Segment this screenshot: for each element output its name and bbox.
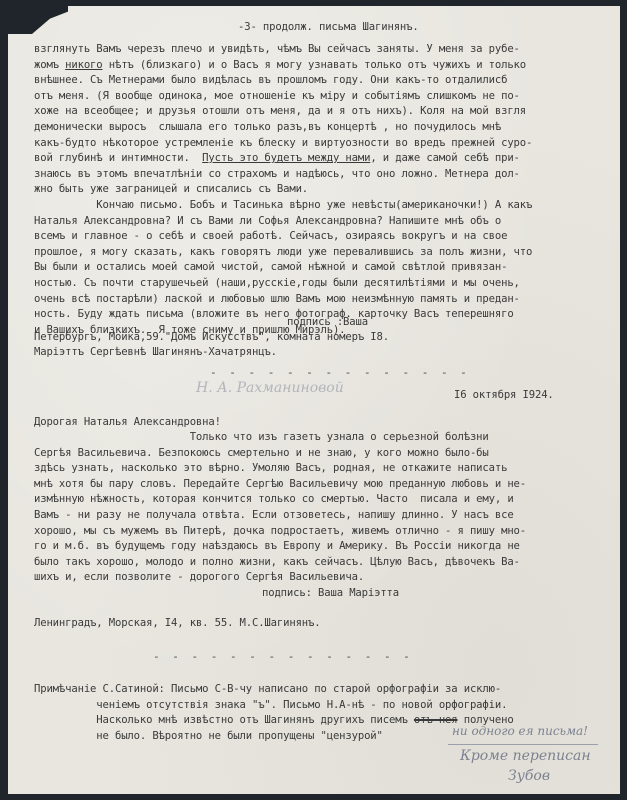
text-line: Только что изъ газетъ узнала о серьезной… bbox=[34, 430, 526, 446]
text-line: было такъ хорошо, молодо и полно жизни, … bbox=[34, 555, 526, 571]
note-line: не было. Вѣроятно не были пропущены "цен… bbox=[34, 729, 514, 745]
letter2-body: Только что изъ газетъ узнала о серьезной… bbox=[34, 430, 526, 586]
handwritten-insert: ни одного ея письма! bbox=[452, 724, 588, 738]
text-line: хорошо, мы съ мужемъ въ Питерѣ, дочка по… bbox=[34, 524, 526, 540]
separator-2: - - - - - - - - - - - - - - bbox=[153, 650, 413, 663]
text-line: ность. Буду ждать письма (вложите въ нег… bbox=[34, 307, 532, 323]
letter2-address: Ленинградъ, Морская, I4, кв. 55. М.С.Шаг… bbox=[34, 616, 321, 632]
page-header: -3- продолж. письма Шагинянъ. bbox=[238, 20, 419, 36]
text-line: го и м.б. въ будущемъ году наѣздаюсь въ … bbox=[34, 539, 526, 555]
text-line: внѣшнее. Съ Метнерами было видѣлась въ п… bbox=[34, 73, 532, 89]
handwritten-footer-1: Кроме переписан bbox=[460, 748, 591, 764]
text-line: жомъ никого нѣтъ (близкаго) и о Васъ я м… bbox=[34, 58, 532, 74]
torn-corner bbox=[8, 6, 68, 34]
letter2-signature: подпись: Ваша Марiэтта bbox=[262, 586, 399, 602]
letter1-sender: Марiэттъ Сергѣевнѣ Шагинянъ-Хачатрянцъ. bbox=[34, 345, 277, 361]
text-line: демонически выросъ слышала его только ра… bbox=[34, 120, 532, 136]
text-line: шихъ и, если позволите - дорогого Сергѣя… bbox=[34, 570, 526, 586]
handwritten-rule bbox=[448, 744, 598, 745]
archivist-note: Примѣчанiе С.Сатиной: Письмо С-В-чу напи… bbox=[34, 682, 514, 744]
separator-1: - - - - - - - - - - - - - - bbox=[210, 366, 470, 379]
note-line: ченiемъ отсутствiя знака "ъ". Письмо Н.А… bbox=[34, 698, 514, 714]
text-line: всемъ и главное - о себѣ и своей работѣ.… bbox=[34, 229, 532, 245]
text-line: вой глубинѣ и интимности. Пусть это буде… bbox=[34, 151, 532, 167]
letter2-salutation: Дорогая Наталья Александровна! bbox=[34, 415, 221, 431]
note-line: Насколько мнѣ извѣстно отъ Шагинянъ друг… bbox=[34, 713, 514, 729]
text-line: Вы были и остались моей самой чистой, са… bbox=[34, 260, 532, 276]
text-line: какъ-будто нѣкоторое устремленiе къ блес… bbox=[34, 136, 532, 152]
text-line: очень всѣ постарѣли) лаской и любовью шл… bbox=[34, 292, 532, 308]
text-line: мнѣ хотя бы пару словъ. Передайте Сергѣю… bbox=[34, 477, 526, 493]
text-line: отъ меня. (Я вообще одинока, мое отношен… bbox=[34, 89, 532, 105]
text-line: взглянуть Вамъ черезъ плечо и увидѣть, ч… bbox=[34, 42, 532, 58]
text-line: Наталья Александровна? И съ Вами ли Софь… bbox=[34, 214, 532, 230]
letter1-signature: подпись :Ваша bbox=[287, 315, 368, 331]
text-line: Сергѣя Васильевича. Безпокоюсь смертельн… bbox=[34, 446, 526, 462]
text-line: хоже на всеобщее; и друзья отошли отъ ме… bbox=[34, 104, 532, 120]
handwritten-recipient: Н. А. Рахманиновой bbox=[196, 380, 344, 396]
text-line: Кончаю письмо. Бобъ и Тасинька вѣрно уже… bbox=[34, 198, 532, 214]
text-line: ностью. Съ почти старушечьей (наши,русск… bbox=[34, 276, 532, 292]
text-line: Вамъ - ни разу не получала отвѣта. Если … bbox=[34, 508, 526, 524]
note-line: Примѣчанiе С.Сатиной: Письмо С-В-чу напи… bbox=[34, 682, 514, 698]
letter2-date: I6 октября I924. bbox=[454, 388, 554, 404]
text-line: здѣсь узнать, насколько это вѣрно. Умоля… bbox=[34, 461, 526, 477]
text-line: жно быть уже заграницей и списались съ В… bbox=[34, 182, 532, 198]
text-line: знаюсь въ этомъ впечатлѣнiи со страхомъ … bbox=[34, 167, 532, 183]
handwritten-footer-2: Зубов bbox=[508, 768, 550, 784]
letter1-body: взглянуть Вамъ черезъ плечо и увидѣть, ч… bbox=[34, 42, 532, 338]
text-line: прошлое, я могу сказать, какъ говорятъ л… bbox=[34, 245, 532, 261]
document-page: -3- продолж. письма Шагинянъ. взглянуть … bbox=[8, 6, 620, 794]
text-line: измѣнную нѣжность, которая кончится толь… bbox=[34, 492, 526, 508]
letter1-address: Петербургъ, Мойка,59."Домъ Искусствъ", к… bbox=[34, 330, 389, 346]
